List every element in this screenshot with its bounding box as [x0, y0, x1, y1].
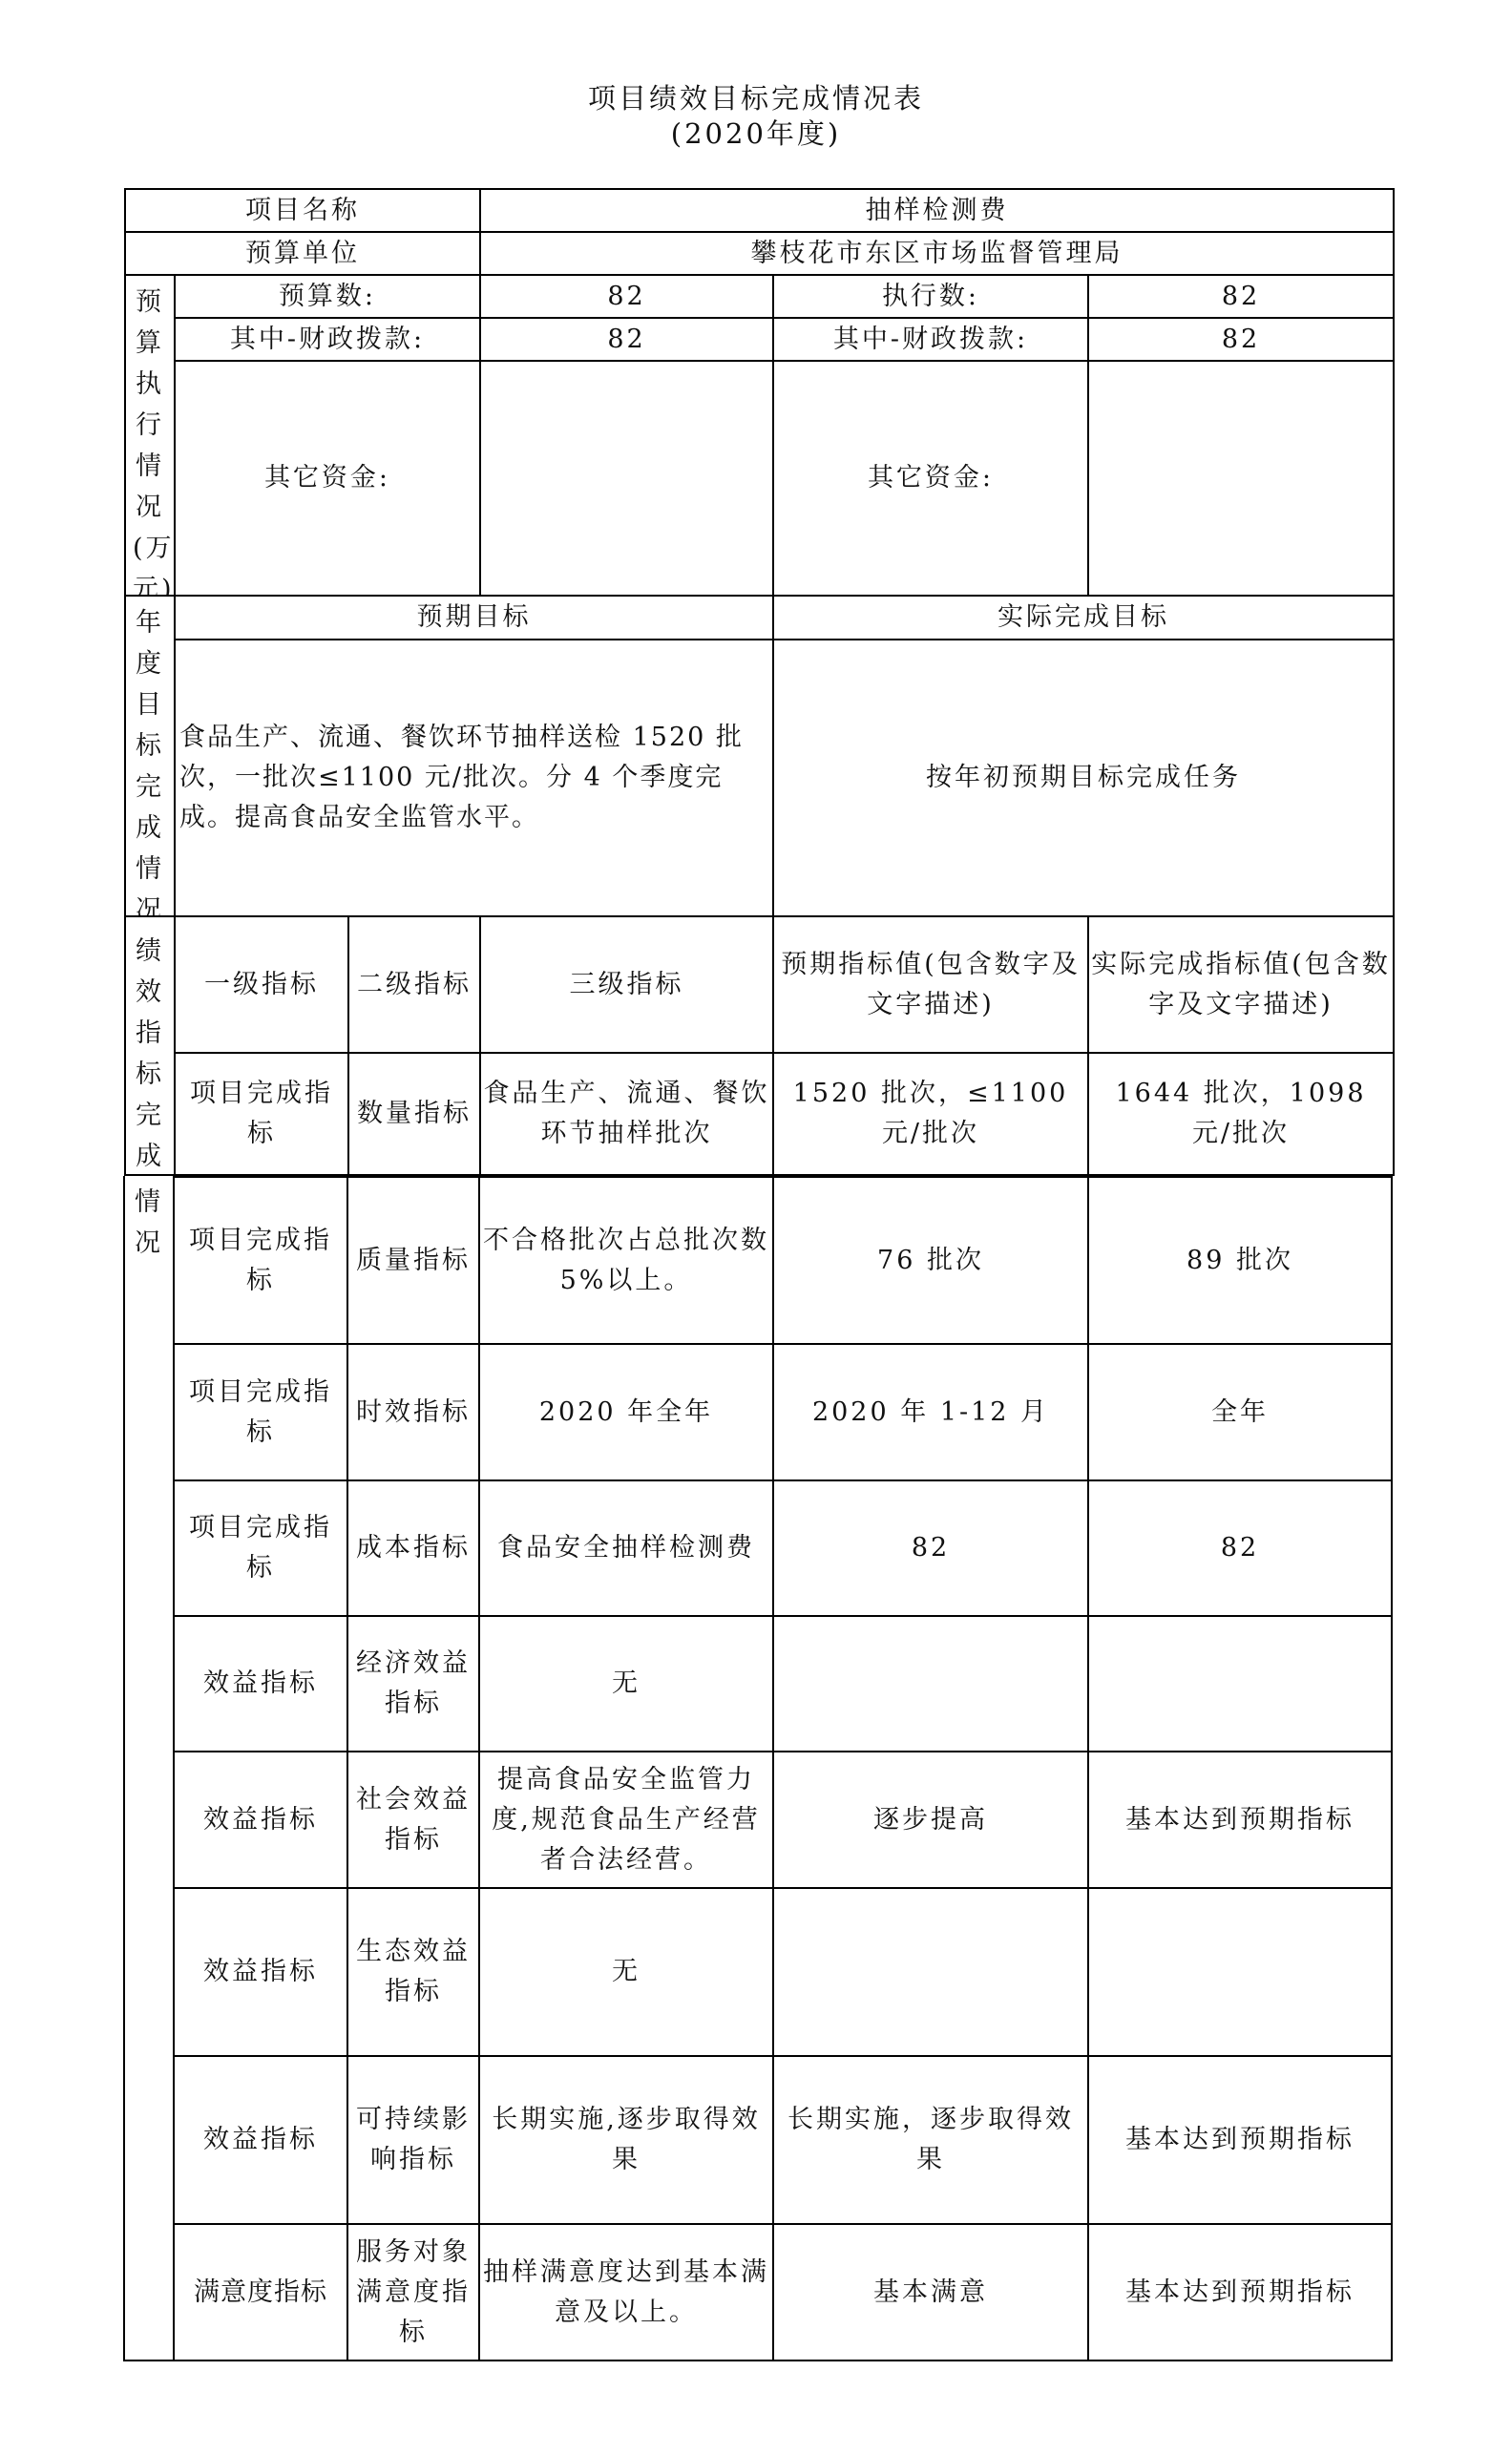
table-row-5-level3: 提高食品安全监管力度,规范食品生产经营者合法经营。: [478, 1751, 774, 1889]
cell-text: 服务对象满意度指标: [350, 2233, 476, 2353]
expected-goal-header: 预期目标: [174, 595, 774, 640]
exec-amount-value-text: 82: [1222, 277, 1260, 317]
metrics-header-level2-text: 二级指标: [357, 965, 472, 1005]
budget-amount-value-text: 82: [607, 277, 645, 317]
project-name-value-text: 抽样检测费: [866, 191, 1009, 231]
table-row-6-level2: 生态效益指标: [346, 1887, 480, 2057]
table-row-3-actual: 82: [1087, 1479, 1393, 1617]
annual-section-label-text: 年度目标完成情况: [133, 602, 167, 931]
table-row-8-expected: 基本满意: [772, 2223, 1089, 2361]
expected-goal-text: 食品生产、流通、餐饮环节抽样送检 1520 批次，一批次≤1100 元/批次。分…: [174, 639, 774, 917]
cell-text: 满意度指标: [194, 2273, 327, 2313]
cell-text: 全年: [1211, 1393, 1269, 1433]
metrics-header-level2: 二级指标: [347, 915, 481, 1054]
budget-amount-value: 82: [479, 274, 774, 319]
page-subtitle: (2020年度): [0, 116, 1512, 151]
table-row-0-level2: 数量指标: [347, 1052, 481, 1176]
cell-text: 经济效益指标: [350, 1644, 476, 1724]
fiscal-value-right-text: 82: [1222, 320, 1260, 360]
cell-text: 效益指标: [203, 1952, 318, 1992]
cell-text: 项目完成指标: [177, 1373, 345, 1453]
actual-goal-text-content: 按年初预期目标完成任务: [926, 758, 1241, 798]
cell-text: 可持续影响指标: [350, 2100, 476, 2180]
cell-text: 基本满意: [873, 2273, 988, 2313]
project-name-label: 项目名称: [124, 188, 481, 233]
metrics-header-level3-text: 三级指标: [570, 965, 684, 1005]
cell-text: 项目完成指标: [178, 1074, 346, 1154]
table-row-3-expected: 82: [772, 1479, 1089, 1617]
cell-text: 无: [612, 1952, 640, 1992]
table-row-2-level1: 项目完成指标: [173, 1343, 348, 1481]
cell-text: 基本达到预期指标: [1125, 2120, 1354, 2160]
cell-text: 基本达到预期指标: [1125, 1800, 1354, 1840]
cell-text: 成本指标: [356, 1528, 471, 1568]
table-row-4-expected: [772, 1615, 1089, 1752]
cell-text: 抽样满意度达到基本满意及以上。: [482, 2253, 770, 2333]
metrics-header-level3: 三级指标: [479, 915, 774, 1054]
table-row-2-level2: 时效指标: [346, 1343, 480, 1481]
cell-text: 项目完成指标: [177, 1221, 345, 1301]
fiscal-label-right-text: 其中-财政拨款:: [833, 320, 1028, 360]
metrics-header-level1-text: 一级指标: [204, 965, 319, 1005]
cell-text: 食品安全抽样检测费: [497, 1528, 755, 1568]
budget-unit-value: 攀枝花市东区市场监督管理局: [479, 231, 1395, 276]
table-row-5-actual: 基本达到预期指标: [1087, 1751, 1393, 1889]
metrics-section-label-text: 绩效指标完成: [133, 931, 167, 1177]
other-funds-value-left: [479, 360, 774, 597]
cell-text: 1520 批次，≤1100 元/批次: [776, 1074, 1085, 1154]
table-row-4-level1: 效益指标: [173, 1615, 348, 1752]
metrics-section-label-continued: 情况: [123, 1176, 175, 2361]
table-row-1-level2: 质量指标: [346, 1176, 480, 1345]
fiscal-label-left: 其中-财政拨款:: [174, 317, 481, 362]
cell-text: 2020 年 1-12 月: [812, 1393, 1049, 1433]
cell-text: 效益指标: [203, 2120, 318, 2160]
metrics-header-level1: 一级指标: [174, 915, 349, 1054]
cell-text: 82: [1221, 1528, 1259, 1568]
table-row-6-actual: [1087, 1887, 1393, 2057]
cell-text: 89 批次: [1186, 1241, 1293, 1281]
expected-goal-header-text: 预期目标: [417, 598, 532, 638]
budget-section-label-text: 预算执行情况(万元): [133, 282, 167, 610]
annual-section-label: 年度目标完成情况: [124, 595, 176, 917]
table-row-2-expected: 2020 年 1-12 月: [772, 1343, 1089, 1481]
table-row-7-level1: 效益指标: [173, 2055, 348, 2225]
cell-text: 时效指标: [356, 1393, 471, 1433]
budget-amount-label: 预算数:: [174, 274, 481, 319]
actual-goal-header-text: 实际完成目标: [997, 598, 1169, 638]
other-funds-label-left-text: 其它资金:: [264, 458, 390, 498]
cell-text: 提高食品安全监管力度,规范食品生产经营者合法经营。: [482, 1760, 770, 1880]
budget-unit-value-text: 攀枝花市东区市场监督管理局: [751, 234, 1123, 274]
cell-text: 长期实施，逐步取得效果: [776, 2100, 1085, 2180]
cell-text: 质量指标: [356, 1241, 471, 1281]
cell-text: 效益指标: [203, 1800, 318, 1840]
table-row-0-level3: 食品生产、流通、餐饮环节抽样批次: [479, 1052, 774, 1176]
cell-text: 食品生产、流通、餐饮环节抽样批次: [483, 1074, 770, 1154]
table-row-1-actual: 89 批次: [1087, 1176, 1393, 1345]
expected-goal-text-content: 食品生产、流通、餐饮环节抽样送检 1520 批次，一批次≤1100 元/批次。分…: [179, 718, 770, 838]
table-row-7-level2: 可持续影响指标: [346, 2055, 480, 2225]
fiscal-label-right: 其中-财政拨款:: [772, 317, 1089, 362]
cell-text: 长期实施,逐步取得效果: [482, 2100, 770, 2180]
cell-text: 逐步提高: [873, 1800, 988, 1840]
other-funds-value-right: [1087, 360, 1395, 597]
actual-goal-header: 实际完成目标: [772, 595, 1395, 640]
table-row-1-level1: 项目完成指标: [173, 1176, 348, 1345]
metrics-header-actual: 实际完成指标值(包含数字及文字描述): [1087, 915, 1395, 1054]
budget-unit-label-text: 预算单位: [245, 234, 360, 274]
cell-text: 数量指标: [357, 1094, 472, 1134]
fiscal-label-left-text: 其中-财政拨款:: [230, 320, 425, 360]
exec-amount-value: 82: [1087, 274, 1395, 319]
table-row-2-actual: 全年: [1087, 1343, 1393, 1481]
table-row-3-level2: 成本指标: [346, 1479, 480, 1617]
table-row-0-level1: 项目完成指标: [174, 1052, 349, 1176]
cell-text: 项目完成指标: [177, 1508, 345, 1588]
table-row-8-level1: 满意度指标: [173, 2223, 348, 2361]
cell-text: 生态效益指标: [350, 1932, 476, 2012]
project-name-value: 抽样检测费: [479, 188, 1395, 233]
cell-text: 无: [612, 1664, 640, 1704]
cell-text: 效益指标: [203, 1664, 318, 1704]
table-row-5-level1: 效益指标: [173, 1751, 348, 1889]
table-row-6-level1: 效益指标: [173, 1887, 348, 2057]
table-row-3-level3: 食品安全抽样检测费: [478, 1479, 774, 1617]
cell-text: 不合格批次占总批次数 5%以上。: [482, 1221, 770, 1301]
fiscal-value-left-text: 82: [607, 320, 645, 360]
table-row-5-level2: 社会效益指标: [346, 1751, 480, 1889]
metrics-header-expected-text: 预期指标值(包含数字及文字描述): [776, 945, 1085, 1025]
table-row-1-expected: 76 批次: [772, 1176, 1089, 1345]
exec-amount-label: 执行数:: [772, 274, 1089, 319]
cell-text: 2020 年全年: [539, 1393, 713, 1433]
table-row-4-level3: 无: [478, 1615, 774, 1752]
table-row-7-level3: 长期实施,逐步取得效果: [478, 2055, 774, 2225]
table-row-3-level1: 项目完成指标: [173, 1479, 348, 1617]
cell-text: 社会效益指标: [350, 1780, 476, 1860]
table-row-5-expected: 逐步提高: [772, 1751, 1089, 1889]
budget-amount-label-text: 预算数:: [279, 277, 376, 317]
table-row-6-level3: 无: [478, 1887, 774, 2057]
table-row-7-actual: 基本达到预期指标: [1087, 2055, 1393, 2225]
budget-unit-label: 预算单位: [124, 231, 481, 276]
table-row-6-expected: [772, 1887, 1089, 2057]
other-funds-label-right-text: 其它资金:: [868, 458, 994, 498]
cell-text: 基本达到预期指标: [1125, 2273, 1354, 2313]
table-row-0-expected: 1520 批次，≤1100 元/批次: [772, 1052, 1089, 1176]
fiscal-value-right: 82: [1087, 317, 1395, 362]
metrics-header-actual-text: 实际完成指标值(包含数字及文字描述): [1091, 945, 1391, 1025]
cell-text: 82: [912, 1528, 950, 1568]
budget-section-label: 预算执行情况(万元): [124, 274, 176, 597]
metrics-section-label-continued-text: 情况: [132, 1182, 166, 1264]
metrics-section-label: 绩效指标完成: [124, 915, 176, 1176]
other-funds-label-right: 其它资金:: [772, 360, 1089, 597]
other-funds-label-left: 其它资金:: [174, 360, 481, 597]
table-row-0-actual: 1644 批次，1098 元/批次: [1087, 1052, 1395, 1176]
table-row-4-actual: [1087, 1615, 1393, 1752]
table-row-2-level3: 2020 年全年: [478, 1343, 774, 1481]
exec-amount-label-text: 执行数:: [882, 277, 979, 317]
fiscal-value-left: 82: [479, 317, 774, 362]
table-row-4-level2: 经济效益指标: [346, 1615, 480, 1752]
project-name-label-text: 项目名称: [245, 191, 360, 231]
table-row-8-level3: 抽样满意度达到基本满意及以上。: [478, 2223, 774, 2361]
metrics-header-expected: 预期指标值(包含数字及文字描述): [772, 915, 1089, 1054]
table-row-7-expected: 长期实施，逐步取得效果: [772, 2055, 1089, 2225]
table-row-8-actual: 基本达到预期指标: [1087, 2223, 1393, 2361]
actual-goal-text: 按年初预期目标完成任务: [772, 639, 1395, 917]
table-row-1-level3: 不合格批次占总批次数 5%以上。: [478, 1176, 774, 1345]
cell-text: 1644 批次，1098 元/批次: [1091, 1074, 1391, 1154]
table-row-8-level2: 服务对象满意度指标: [346, 2223, 480, 2361]
page-title: 项目绩效目标完成情况表: [0, 81, 1512, 115]
cell-text: 76 批次: [877, 1241, 984, 1281]
